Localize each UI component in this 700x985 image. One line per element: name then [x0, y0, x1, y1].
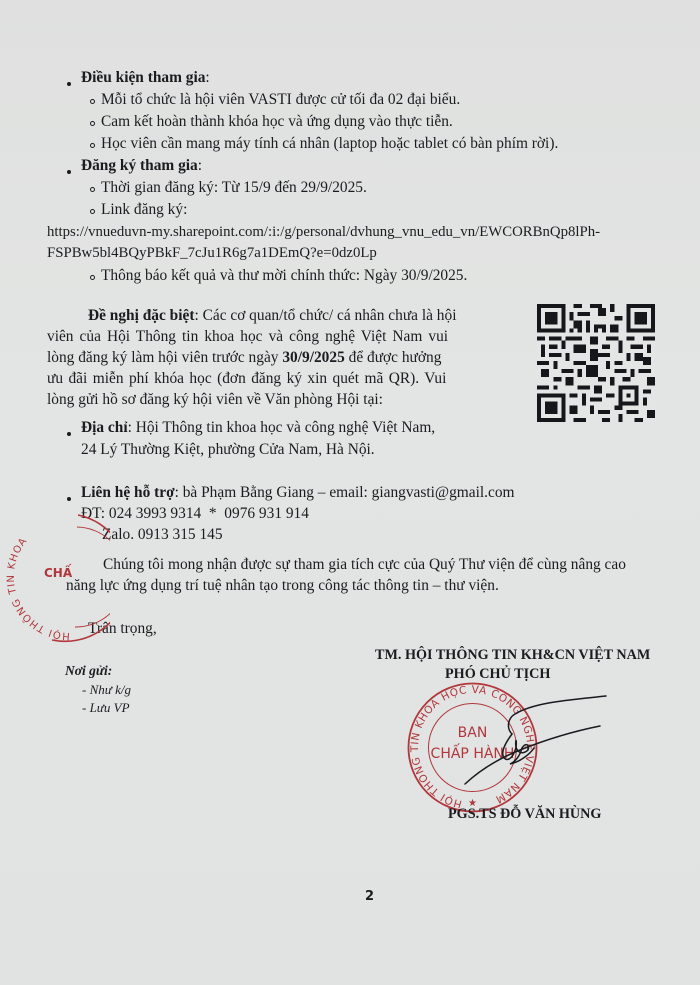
signer-name: PGS.TS ĐỖ VĂN HÙNG — [448, 806, 601, 823]
closing-line-1: Chúng tôi mong nhận được sự tham gia tíc… — [103, 555, 626, 575]
recipient-item: - Lưu VP — [82, 700, 130, 716]
address-line-2: 24 Lý Thường Kiệt, phường Cửa Nam, Hà Nộ… — [81, 440, 375, 460]
special-line-5: lòng gửi hồ sơ đăng ký hội viên về Văn p… — [47, 390, 383, 410]
condition-item: Học viên cần mang máy tính cá nhân (lapt… — [101, 134, 558, 154]
stamp-center-text: CHẤ — [44, 563, 73, 580]
signature-org: TM. HỘI THÔNG TIN KH&CN VIỆT NAM — [375, 647, 650, 664]
sub-bullet-icon — [90, 143, 95, 148]
address-line-1: Địa chỉ: Hội Thông tin khoa học và công … — [81, 418, 435, 438]
closing-line-2: năng lực ứng dụng trí tuệ nhân tạo trong… — [66, 576, 499, 596]
special-line-4: ưu đãi miễn phí khóa học (đơn đăng ký xi… — [47, 369, 446, 389]
recipient-item: - Như k/g — [82, 682, 131, 698]
registration-link[interactable]: https://vnueduvn-my.sharepoint.com/:i:/g… — [47, 222, 600, 242]
registration-link-label: Link đăng ký: — [101, 200, 187, 220]
sub-bullet-icon — [90, 275, 95, 280]
condition-item: Mỗi tổ chức là hội viên VASTI được cử tố… — [101, 90, 460, 110]
condition-item: Cam kết hoàn thành khóa học và ứng dụng … — [101, 112, 453, 132]
handwritten-signature — [460, 690, 620, 805]
bullet-icon — [67, 497, 71, 501]
qr-code-icon[interactable] — [537, 304, 655, 422]
document-page: Điều kiện tham gia: Mỗi tổ chức là hội v… — [0, 0, 700, 985]
contact-zalo: Zalo. 0913 315 145 — [102, 525, 223, 545]
registration-period: Thời gian đăng ký: Từ 15/9 đến 29/9/2025… — [101, 178, 367, 198]
special-line-3: lòng đăng ký làm hội viên trước ngày 30/… — [47, 348, 441, 368]
registration-link-cont[interactable]: FSPBw5bl4BQyPBkF_7cJu1R6g7a1DEmQ?e=0dz0L… — [47, 243, 377, 263]
recipients-heading: Nơi gửi: — [65, 663, 112, 679]
special-line-2: viên của Hội Thông tin khoa học và công … — [47, 327, 448, 347]
conditions-heading: Điều kiện tham gia: — [81, 68, 210, 88]
contact-line-1: Liên hệ hỗ trợ: bà Phạm Bằng Giang – ema… — [81, 483, 515, 503]
sub-bullet-icon — [90, 99, 95, 104]
registration-heading: Đăng ký tham gia: — [81, 156, 202, 176]
sub-bullet-icon — [90, 209, 95, 214]
special-line-1: Đề nghị đặc biệt: Các cơ quan/tổ chức/ c… — [88, 306, 456, 326]
sub-bullet-icon — [90, 187, 95, 192]
partial-stamp-icon: HỘI THÔNG TIN KHOA CHẤ — [0, 505, 110, 645]
bullet-icon — [67, 432, 71, 436]
page-number: 2 — [365, 889, 374, 904]
bullet-icon — [67, 82, 71, 86]
svg-text:HỘI THÔNG TIN KHOA: HỘI THÔNG TIN KHOA — [6, 536, 71, 643]
contact-phone: ĐT: 024 3993 9314 * 0976 931 914 — [81, 504, 309, 524]
announcement: Thông báo kết quả và thư mời chính thức:… — [101, 266, 467, 286]
sub-bullet-icon — [90, 121, 95, 126]
bullet-icon — [67, 170, 71, 174]
